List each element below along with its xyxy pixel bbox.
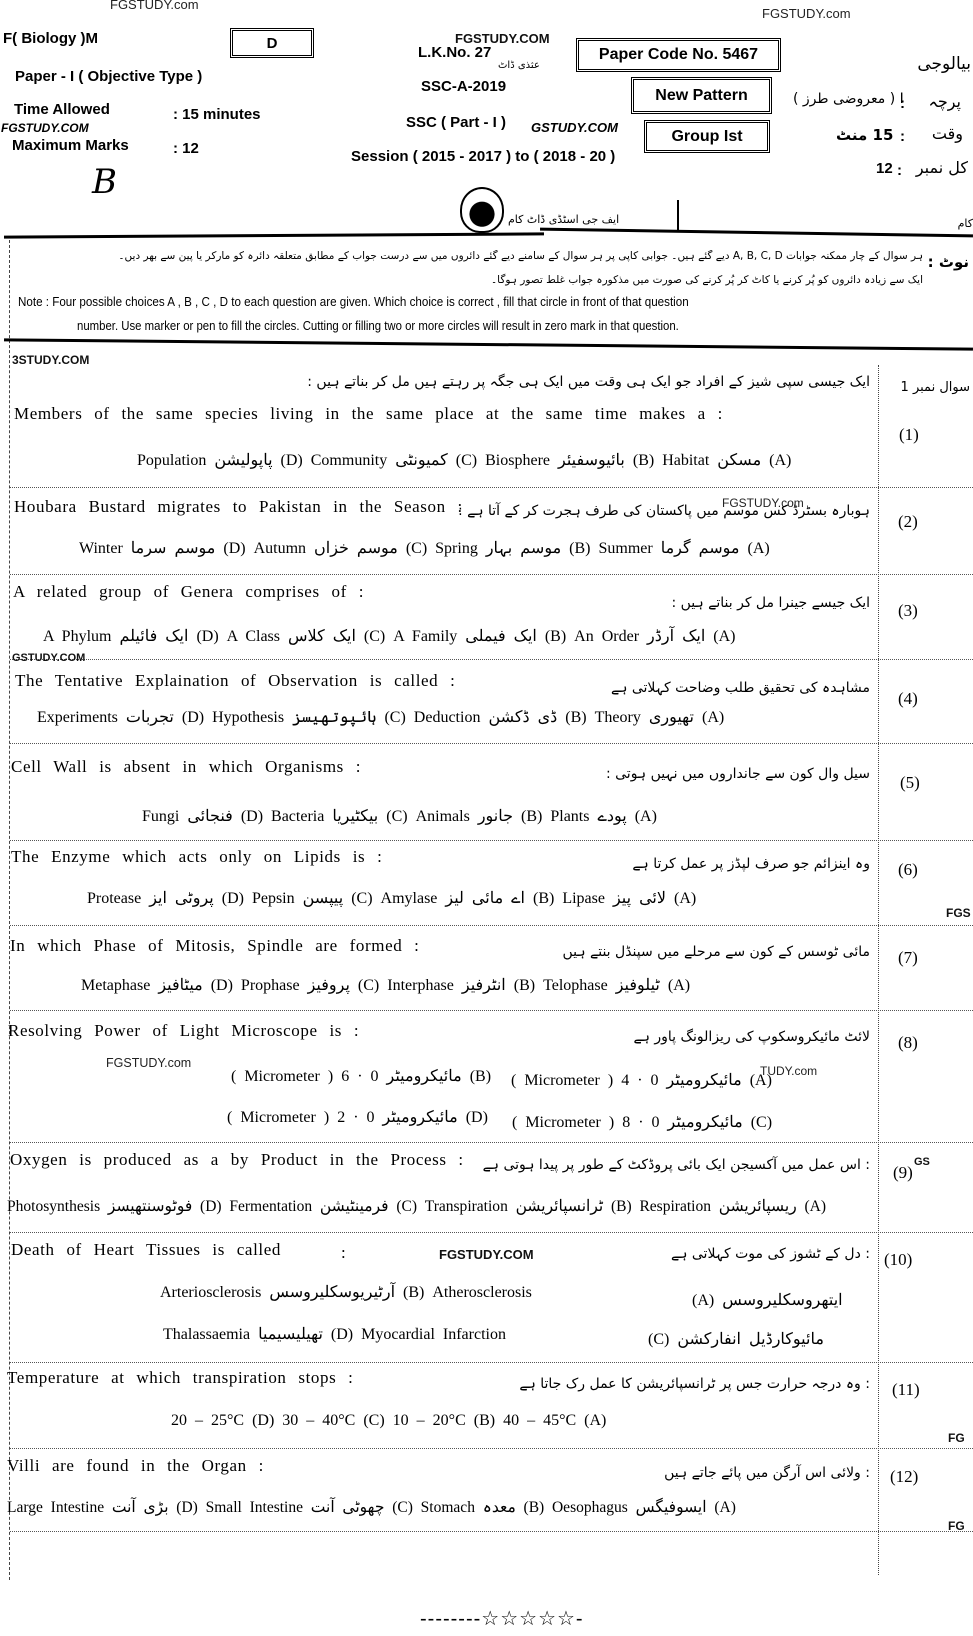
note-urdu-line-2: ایک سے زیادہ دائروں کو پُر کرنے یا کاٹ ک… [323, 274, 923, 286]
note-urdu-line-1: ہر سوال کے چار ممکنہ جوابات A, B, C, D د… [23, 250, 923, 262]
question-number: (4) [898, 689, 918, 709]
watermark-q10: FGSTUDY.COM [439, 1247, 534, 1262]
row-divider [10, 1362, 973, 1363]
maximum-marks-value: : 12 [173, 140, 199, 157]
question-options: Experiments تجربات (D) Hypothesis ہائپوت… [37, 707, 724, 727]
question-options: Metaphase میٹافیز (D) Prophase پروفیز (C… [81, 975, 690, 995]
urdu-time-value: 15 منٹ [836, 126, 893, 144]
watermark-q11-margin: FG [948, 1431, 965, 1445]
row-divider [10, 659, 973, 660]
watermark-section-left: 3STUDY.COM [12, 353, 89, 367]
watermark-q8-left: FGSTUDY.com [106, 1056, 191, 1070]
question-option-c: ( Micrometer ) مائیکرومیٹر 0 · 8 (C) [512, 1112, 772, 1132]
question-number: (6) [898, 860, 918, 880]
watermark-q3: GSTUDY.COM [12, 652, 85, 664]
subject-title: F( Biology )M [3, 30, 98, 47]
board-emblem-icon [460, 187, 504, 233]
urdu-marks-label: کل نمبر [916, 158, 968, 177]
question-english: Cell Wall is absent in which Organisms : [11, 757, 361, 777]
question-options: 20 – 25°C (D) 30 – 40°C (C) 10 – 20°C (B… [171, 1412, 606, 1430]
row-divider [10, 1232, 973, 1233]
row-divider [10, 487, 973, 488]
question-number: (10) [884, 1250, 912, 1270]
urdu-marks-colon: : [897, 162, 902, 179]
lk-urdu-stamp: عثذی ڈاٹ [498, 60, 540, 71]
watermark-top-left: FGSTUDY.com [110, 0, 199, 12]
time-allowed-label: Time Allowed [14, 101, 110, 118]
question-options: Population پاپولیشن (D) Community کمیونٹ… [137, 450, 791, 470]
question-number: (3) [898, 601, 918, 621]
pattern-box: New Pattern [631, 77, 772, 114]
maximum-marks-label: Maximum Marks [12, 137, 129, 154]
question-urdu: : دل کے ٹشوز کی موت کہلاتی ہے [671, 1246, 870, 1262]
question-english-colon: : [341, 1243, 346, 1263]
question-number: (9) [893, 1163, 913, 1183]
note-english-line-2: number. Use marker or pen to fill the ci… [77, 319, 679, 333]
question-english: The Enzyme which acts only on Lipids is … [11, 847, 382, 867]
question-number: (8) [898, 1033, 918, 1053]
watermark-left-header: FGSTUDY.COM [1, 121, 89, 135]
watermark-top-right: FGSTUDY.com [762, 6, 851, 21]
question-option-a: ( Micrometer ) مائیکرومیٹر 0 · 4 (A) [511, 1070, 772, 1090]
urdu-subject: بیالوجی [917, 54, 971, 74]
urdu-paper-value: I ( معروضی طرز ) [793, 91, 904, 107]
question-urdu: ہوبارہ بسٹرڈ کس موسم میں پاکستان کی طرف … [458, 503, 870, 519]
header-divider-left [4, 232, 544, 238]
question-urdu: مائی ٹوسس کے کون سے مرحلے میں سپنڈل بنتے… [562, 944, 870, 960]
number-column-divider [878, 365, 879, 1575]
question-options: Protease پروٹی ایز (D) Pepsin پیپسن (C) … [87, 888, 696, 908]
question-options: Large Intestine بڑی آنت (D) Small Intest… [7, 1497, 736, 1517]
question-english: The Tentative Explaination of Observatio… [15, 671, 455, 691]
question-english: A related group of Genera comprises of : [13, 582, 364, 602]
question-urdu: لائٹ مائیکروسکوپ کی ریزالونگ پاور ہے [634, 1029, 870, 1045]
question-option-d-line: Thalassaemia تھیلیسیمیا (D) Myocardial I… [163, 1324, 506, 1344]
header-divider-right [540, 228, 973, 238]
question-option-b: ( Micrometer ) مائیکرومیٹر 0 · 6 (B) [231, 1066, 491, 1086]
question-urdu: ایک جیسے جینرا مل کر بناتے ہیں : [671, 595, 870, 611]
question-number: (11) [892, 1380, 920, 1400]
note-divider [4, 338, 973, 350]
urdu-time-colon: : [900, 128, 905, 145]
row-divider [10, 1010, 973, 1011]
question-number: (7) [898, 948, 918, 968]
question-english: Houbara Bustard migrates to Pakistan in … [14, 497, 463, 517]
question-urdu: : ولائی اس آرگن میں پائے جاتے ہیں [664, 1465, 870, 1481]
group-box: Group Ist [644, 120, 770, 153]
question-options: A Phylum ایک فائیلم (D) A Class ایک کلاس… [43, 626, 736, 646]
section-urdu-label: سوال نمبر 1 [901, 380, 970, 395]
question-urdu: وہ اینزائم جو صرف لپڈز پر عمل کرتا ہے [632, 856, 870, 872]
note-urdu-label: نوٹ : [928, 253, 969, 271]
exam-code: SSC-A-2019 [421, 78, 506, 95]
question-option-c: مائیوکارڈیل انفارکشن (C) [648, 1329, 824, 1349]
paper-code-box: Paper Code No. 5467 [576, 38, 781, 72]
question-english: In which Phase of Mitosis, Spindle are f… [10, 936, 420, 956]
time-allowed-value: : 15 minutes [173, 106, 261, 123]
note-english-line-1: Note : Four possible choices A , B , C ,… [18, 295, 689, 309]
urdu-strip: ایف جی اسٹڈی ڈاٹ کام [508, 213, 619, 226]
urdu-strip-right: کام [958, 217, 973, 230]
end-of-paper-stars-icon: --------☆☆☆☆☆- [420, 1606, 584, 1631]
scan-mark [677, 200, 679, 230]
question-english: Members of the same species living in th… [14, 404, 723, 424]
question-options: Photosynthesis فوٹوسنتھیسز (D) Fermentat… [7, 1196, 826, 1216]
question-number: (5) [900, 773, 920, 793]
question-option-a: ایتھروسکلیروسس (A) [692, 1290, 843, 1310]
urdu-marks-value: 12 [876, 160, 893, 177]
question-english: Temperature at which transpiration stops… [7, 1368, 354, 1388]
row-divider [10, 1531, 973, 1532]
watermark-q8-right: TUDY.com [760, 1064, 817, 1078]
question-urdu: : اس عمل میں آکسیجن ایک بائی پروڈکٹ کے ط… [483, 1157, 870, 1173]
question-english: Resolving Power of Light Microscope is : [8, 1021, 359, 1041]
row-divider [10, 925, 973, 926]
session-label: Session ( 2015 - 2017 ) to ( 2018 - 20 ) [351, 148, 615, 165]
row-divider [10, 574, 973, 575]
question-english: Oxygen is produced as a by Product in th… [10, 1150, 464, 1170]
question-option-d: ( Micrometer ) مائیکرومیٹر 0 · 2 (D) [227, 1107, 488, 1127]
watermark-q6-margin: FGS [946, 906, 971, 920]
row-divider [10, 1448, 973, 1449]
row-divider [10, 743, 973, 744]
paper-type: Paper - I ( Objective Type ) [15, 68, 202, 85]
urdu-paper-label: پرچہ [928, 92, 961, 111]
version-box: D [230, 28, 314, 58]
watermark-q9-margin: GS [914, 1156, 930, 1168]
question-option-b-line: Arteriosclerosis آرٹیریوسکلیروسس (B) Ath… [160, 1282, 532, 1302]
question-number: (1) [899, 425, 919, 445]
question-options: Winter موسم سرما (D) Autumn موسم خزاں (C… [79, 538, 770, 558]
question-urdu: : وہ درجہ حرارت جس پر ٹرانسپائریشن کا عم… [519, 1376, 870, 1392]
handwritten-mark: B [92, 162, 117, 202]
question-options: Fungi فنجائی (D) Bacteria بیکٹیریا (C) A… [142, 806, 657, 826]
question-urdu: سیل وال کون سے جانداروں میں نہیں ہوتی : [606, 766, 870, 782]
question-number: (2) [898, 512, 918, 532]
watermark-center-part: GSTUDY.COM [531, 120, 618, 135]
row-divider [10, 840, 973, 841]
question-urdu: مشاہدہ کی تحقیق طلب وضاحت کہلاتی ہے [611, 680, 870, 696]
row-divider [10, 1142, 973, 1143]
question-english: Death of Heart Tissues is called [11, 1240, 281, 1260]
question-english: Villi are found in the Organ : [7, 1456, 264, 1476]
part-label: SSC ( Part - I ) [406, 114, 506, 131]
question-urdu: ایک جیسی سپی شیز کے افراد جو ایک ہی وقت … [307, 374, 870, 390]
question-number: (12) [890, 1467, 918, 1487]
lk-number: L.K.No. 27 [418, 44, 491, 61]
urdu-time-label: وقت [932, 124, 963, 143]
